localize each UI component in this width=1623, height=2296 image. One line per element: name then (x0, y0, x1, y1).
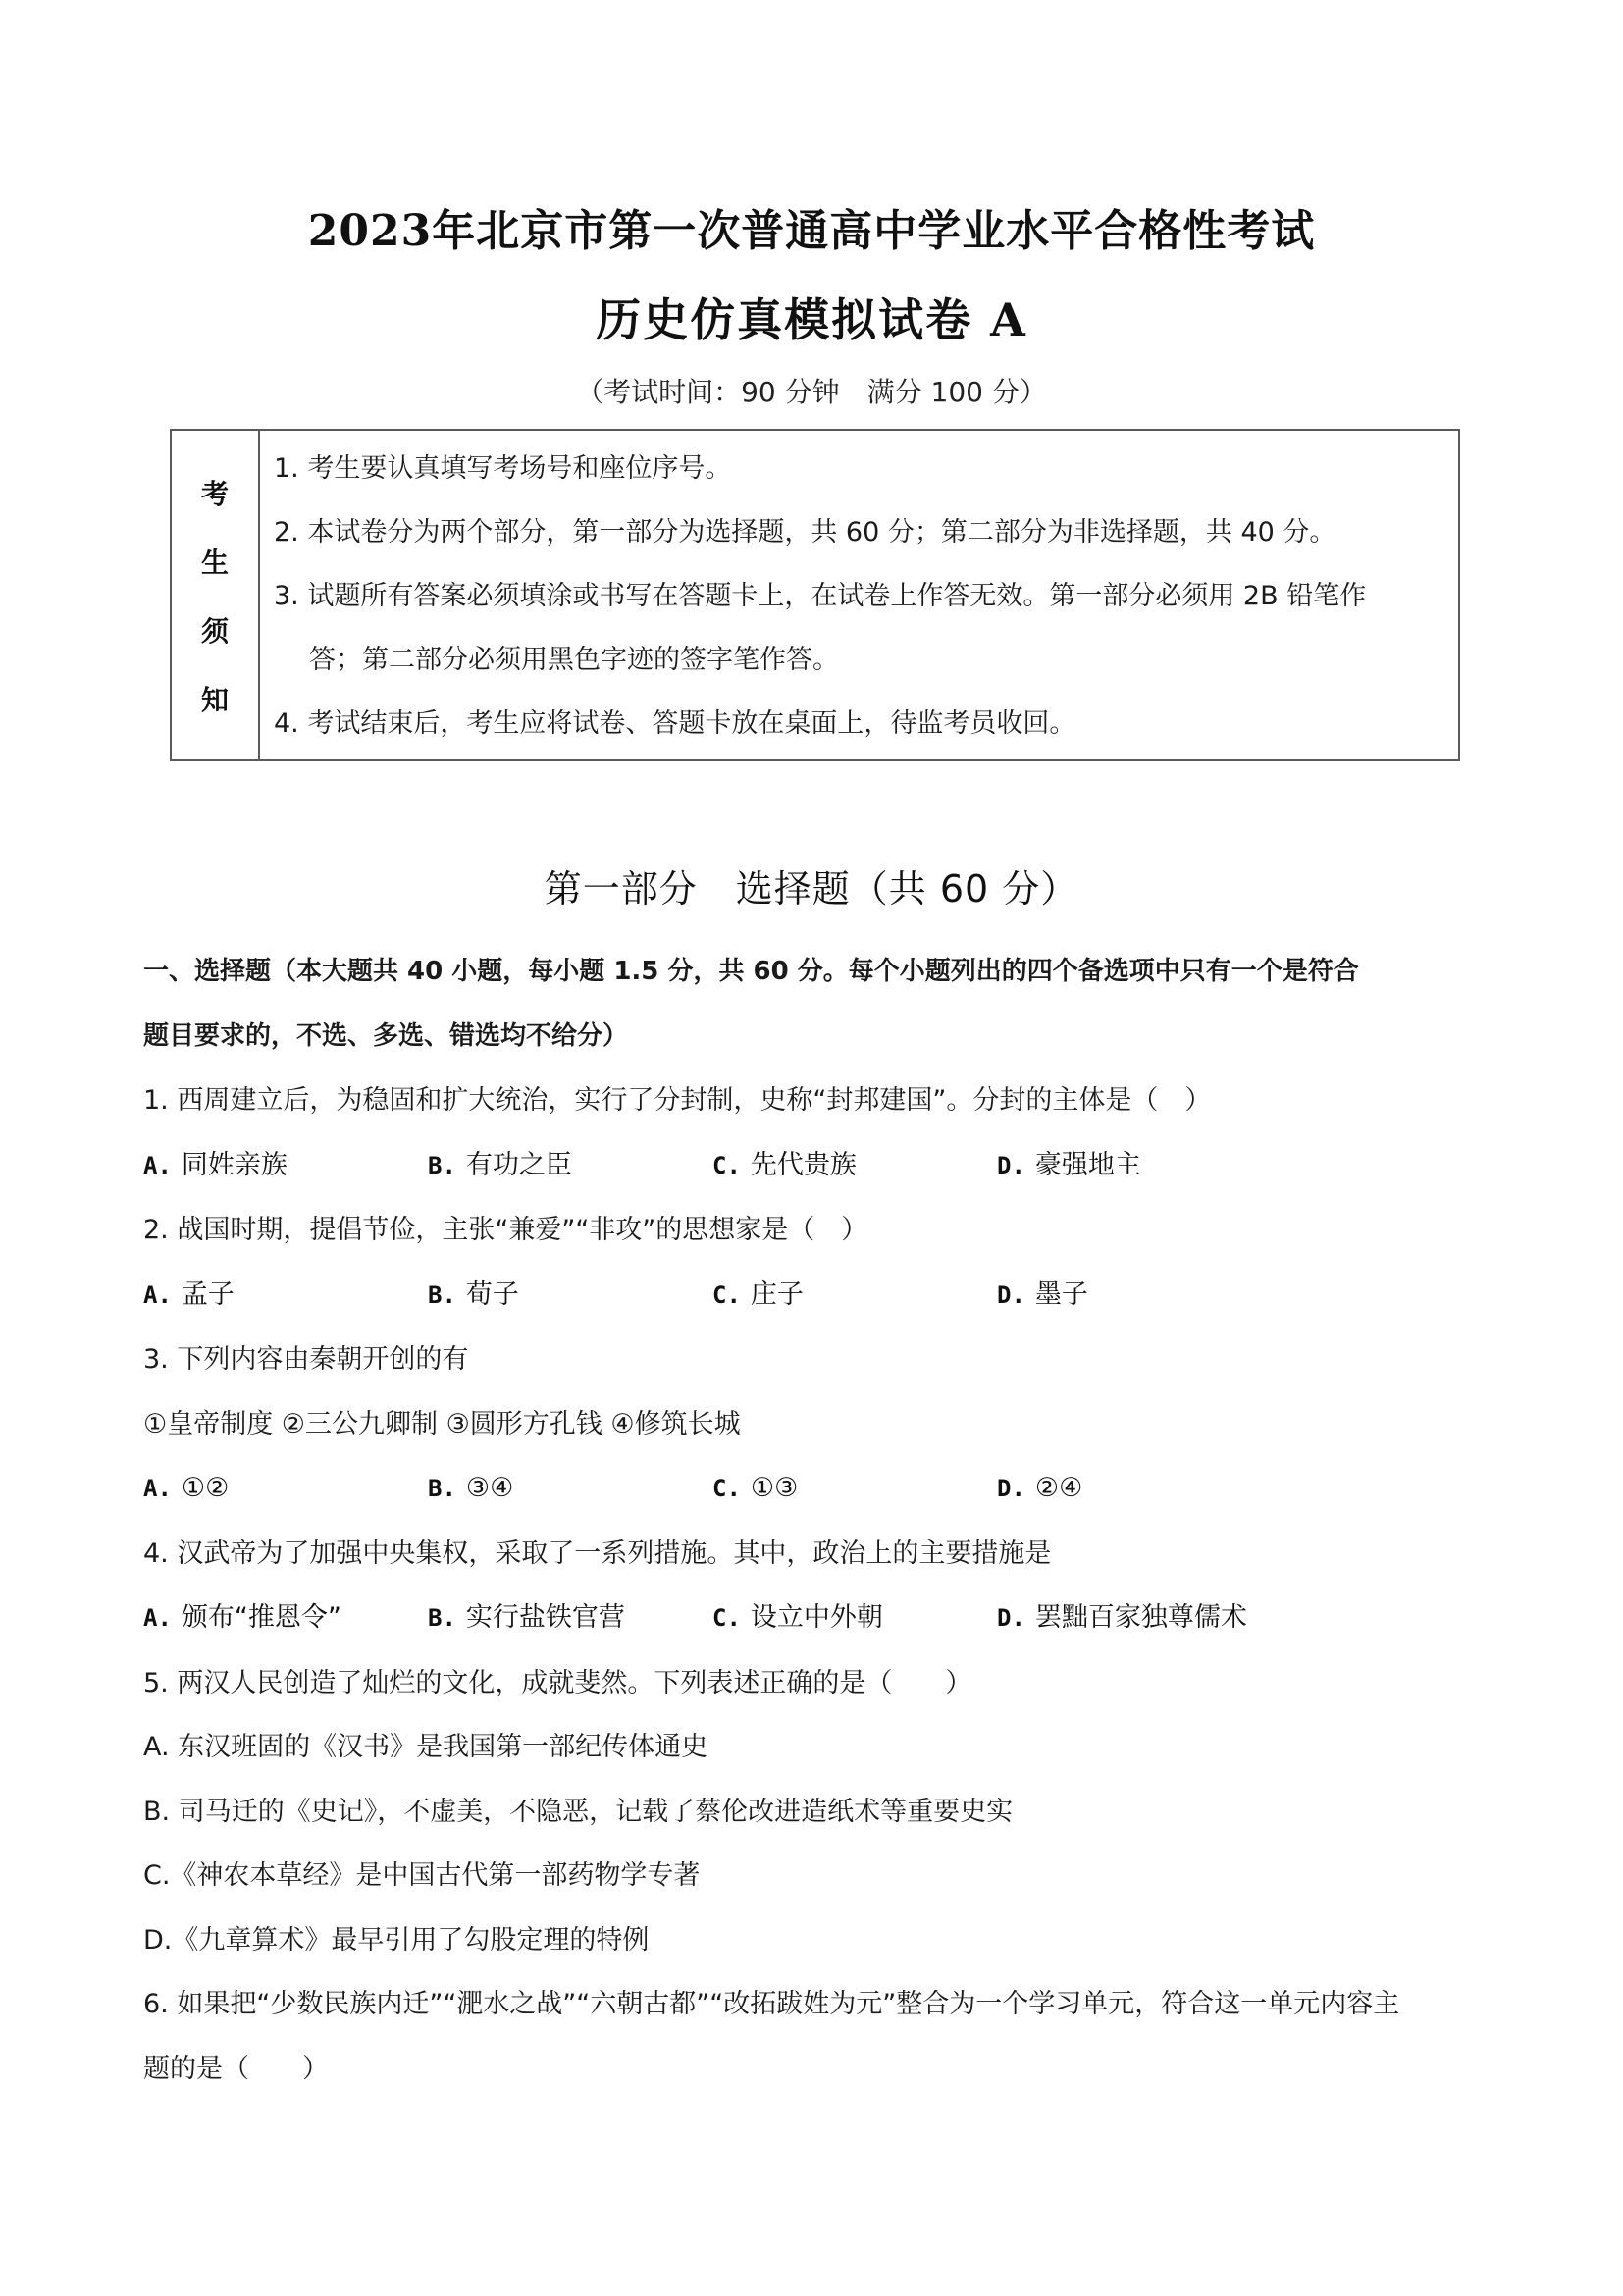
question-2-options: A.孟子 B.荀子 C.庄子 D.墨子 (143, 1263, 1488, 1329)
question-5-option-a: A. 东汉班固的《汉书》是我国第一部纪传体通史 (143, 1715, 1488, 1780)
notice-item-2: 2. 本试卷分为两个部分，第一部分为选择题，共 60 分；第二部分为非选择题，共… (274, 500, 1458, 564)
paper-title: 历史仿真模拟试卷 A (0, 290, 1623, 349)
question-6-stem-cont: 题的是（ ） (143, 2037, 1488, 2102)
notice-label-char: 须 (201, 610, 229, 650)
question-1-stem: 1. 西周建立后，为稳固和扩大统治，实行了分封制，史称“封邦建国”。分封的主体是… (143, 1069, 1488, 1133)
option-b: B.有功之臣 (428, 1133, 712, 1199)
section-instruction-cont: 题目要求的，不选、多选、错选均不给分） (143, 1005, 1488, 1070)
option-a: A.颁布“推恩令” (143, 1586, 428, 1651)
notice-item-4: 4. 考试结束后，考生应将试卷、答题卡放在桌面上，待监考员收回。 (274, 692, 1458, 756)
option-a: A.①② (143, 1456, 428, 1522)
option-b: B.实行盐铁官营 (428, 1586, 712, 1651)
option-b: B.③④ (428, 1456, 712, 1522)
question-3-options: A.①② B.③④ C.①③ D.②④ (143, 1456, 1488, 1522)
questions-area: 一、选择题（本大题共 40 小题，每小题 1.5 分，共 60 分。每个小题列出… (143, 940, 1488, 2101)
section-heading: 第一部分 选择题（共 60 分） (0, 863, 1623, 914)
question-6-stem: 6. 如果把“少数民族内迁”“淝水之战”“六朝古都”“改拓跋姓为元”整合为一个学… (143, 1972, 1488, 2037)
question-4-stem: 4. 汉武帝为了加强中央集权，采取了一系列措施。其中，政治上的主要措施是 (143, 1522, 1488, 1587)
option-d: D.②④ (997, 1456, 1282, 1522)
exam-info: （考试时间：90 分钟 满分 100 分） (0, 373, 1623, 412)
question-5-stem: 5. 两汉人民创造了灿烂的文化，成就斐然。下列表述正确的是（ ） (143, 1651, 1488, 1716)
option-c: C.①③ (712, 1456, 997, 1522)
notice-item-3: 3. 试题所有答案必须填涂或书写在答题卡上，在试卷上作答无效。第一部分必须用 2… (274, 564, 1458, 628)
notice-item-3-cont: 答；第二部分必须用黑色字迹的签字笔作答。 (274, 628, 1458, 692)
notice-label-char: 知 (201, 679, 229, 718)
section-instruction: 一、选择题（本大题共 40 小题，每小题 1.5 分，共 60 分。每个小题列出… (143, 940, 1488, 1005)
notice-label-char: 考 (201, 473, 229, 512)
option-a: A.同姓亲族 (143, 1133, 428, 1199)
question-3-items: ①皇帝制度 ②三公九卿制 ③圆形方孔钱 ④修筑长城 (143, 1392, 1488, 1457)
option-d: D.墨子 (997, 1263, 1282, 1329)
option-c: C.庄子 (712, 1263, 997, 1329)
option-c: C.先代贵族 (712, 1133, 997, 1199)
question-3-stem: 3. 下列内容由秦朝开创的有 (143, 1328, 1488, 1392)
exam-title: 2023年北京市第一次普通高中学业水平合格性考试 (0, 204, 1623, 259)
question-1-options: A.同姓亲族 B.有功之臣 C.先代贵族 D.豪强地主 (143, 1133, 1488, 1199)
option-d: D.罢黜百家独尊儒术 (997, 1586, 1282, 1651)
question-5-option-b: B. 司马迁的《史记》，不虚美，不隐恶，记载了蔡伦改进造纸术等重要史实 (143, 1780, 1488, 1845)
option-a: A.孟子 (143, 1263, 428, 1329)
candidate-notice-box: 考 生 须 知 1. 考生要认真填写考场号和座位序号。 2. 本试卷分为两个部分… (170, 429, 1460, 761)
notice-body: 1. 考生要认真填写考场号和座位序号。 2. 本试卷分为两个部分，第一部分为选择… (260, 431, 1458, 759)
notice-label: 考 生 须 知 (172, 431, 260, 759)
question-5-option-c: C.《神农本草经》是中国古代第一部药物学专著 (143, 1844, 1488, 1908)
option-b: B.荀子 (428, 1263, 712, 1329)
question-4-options: A.颁布“推恩令” B.实行盐铁官营 C.设立中外朝 D.罢黜百家独尊儒术 (143, 1586, 1488, 1651)
notice-label-char: 生 (201, 542, 229, 581)
option-c: C.设立中外朝 (712, 1586, 997, 1651)
question-2-stem: 2. 战国时期，提倡节俭，主张“兼爱”“非攻”的思想家是（ ） (143, 1198, 1488, 1263)
option-d: D.豪强地主 (997, 1133, 1282, 1199)
notice-item-1: 1. 考生要认真填写考场号和座位序号。 (274, 437, 1458, 500)
question-5-option-d: D.《九章算术》最早引用了勾股定理的特例 (143, 1908, 1488, 1973)
